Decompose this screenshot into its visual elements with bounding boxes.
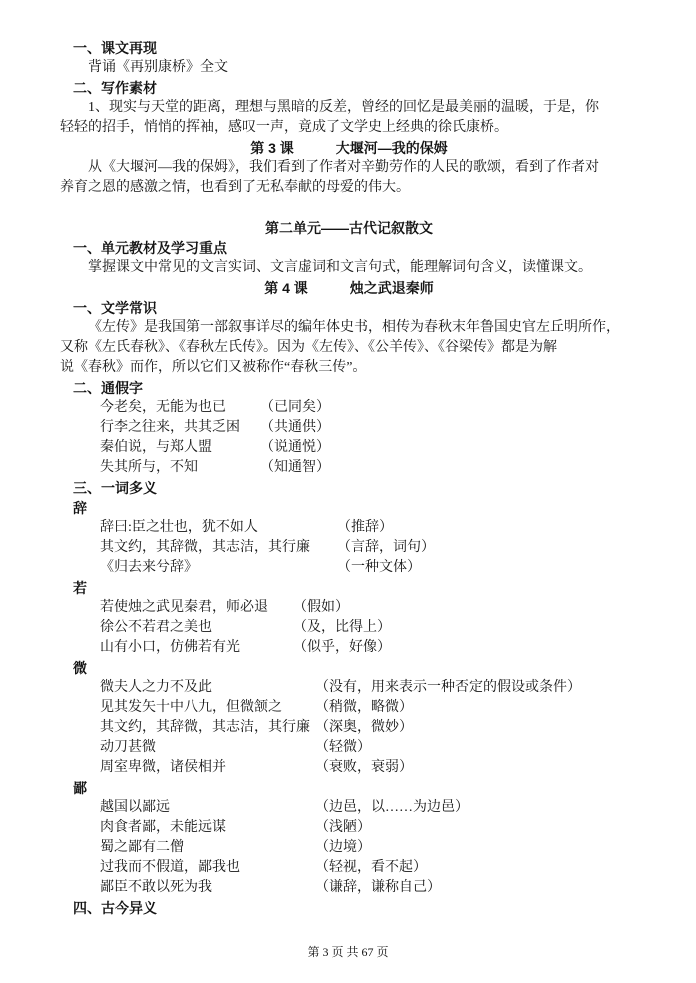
polysemy-word-bi: 鄙 — [73, 778, 638, 798]
phrase: 山有小口，仿佛若有光 — [100, 638, 293, 658]
phrase: 动刀甚微 — [100, 738, 315, 758]
section-title-yiciduoyi: 三、一词多义 — [73, 478, 638, 498]
tongjiazi-row: 失其所与，不知 （知通智） — [60, 458, 638, 478]
polysemy-row: 鄙臣不敢以死为我 （谦辞，谦称自己） — [60, 878, 638, 898]
polysemy-row: 若使烛之武见秦君，师必退 （假如） — [60, 598, 638, 618]
phrase: 鄙臣不敢以死为我 — [100, 878, 315, 898]
document-page: 一、课文再现 背诵《再别康桥》全文 二、写作素材 1、现实与天堂的距离，理想与黑… — [0, 0, 696, 983]
polysemy-row: 过我而不假道，鄙我也 （轻视，看不起） — [60, 858, 638, 878]
phrase: 秦伯说，与郑人盟 — [100, 438, 260, 458]
gloss: （已同矣） — [260, 398, 330, 418]
polysemy-word-ci: 辞 — [73, 498, 638, 518]
gloss: （轻视，看不起） — [315, 858, 427, 878]
polysemy-row: 肉食者鄙，未能远谋 （浅陋） — [60, 818, 638, 838]
polysemy-list-wei: 微夫人之力不及此 （没有，用来表示一种否定的假设或条件） 见其发矢十中八九，但微… — [60, 678, 638, 778]
polysemy-row: 周室卑微，诸侯相并 （衰败，衰弱） — [60, 758, 638, 778]
tongjiazi-row: 今老矣，无能为也已 （已同矣） — [60, 398, 638, 418]
gloss: （共通供） — [260, 418, 330, 438]
phrase: 过我而不假道，鄙我也 — [100, 858, 315, 878]
lesson3-number: 第 3 课 — [250, 138, 294, 158]
gloss: （推辞） — [337, 518, 393, 538]
lesson4-heading: 第 4 课 烛之武退秦师 — [60, 278, 638, 298]
gloss: （边境） — [315, 838, 371, 858]
phrase: 周室卑微，诸侯相并 — [100, 758, 315, 778]
tongjiazi-row: 行李之往来，共其乏困 （共通供） — [60, 418, 638, 438]
polysemy-row: 越国以鄙远 （边邑，以……为边邑） — [60, 798, 638, 818]
literary-line-3: 说《春秋》而作，所以它们又被称作“春秋三传”。 — [60, 358, 638, 378]
gloss: （稍微，略微） — [315, 698, 413, 718]
literary-line-2: 又称《左氏春秋》、《春秋左氏传》。因为《左传》、《公羊传》、《谷梁传》都是为解 — [60, 338, 638, 358]
phrase: 辞曰:臣之壮也，犹不如人 — [100, 518, 337, 538]
section-title-gujin-yiyi: 四、古今异义 — [73, 898, 638, 918]
gloss: （及，比得上） — [293, 618, 391, 638]
gloss: （知通智） — [260, 458, 330, 478]
literary-line-1: 《左传》是我国第一部叙事详尽的编年体史书，相传为春秋末年鲁国史官左丘明所作， — [60, 318, 638, 338]
gloss: （浅陋） — [315, 818, 371, 838]
lesson3-heading: 第 3 课 大堰河—我的保姆 — [60, 138, 638, 158]
polysemy-row: 徐公不若君之美也 （及，比得上） — [60, 618, 638, 638]
gloss: （似乎，好像） — [293, 638, 391, 658]
phrase: 其文约，其辞微，其志洁，其行廉 — [100, 538, 337, 558]
section-title-tongjiazi: 二、通假字 — [73, 378, 638, 398]
polysemy-row: 动刀甚微 （轻微） — [60, 738, 638, 758]
gloss: （说通悦） — [260, 438, 330, 458]
unit-focus-line: 掌握课文中常见的文言实词、文言虚词和文言句式，能理解词句含义，读懂课文。 — [60, 258, 638, 278]
tongjiazi-list: 今老矣，无能为也已 （已同矣） 行李之往来，共其乏困 （共通供） 秦伯说，与郑人… — [60, 398, 638, 478]
polysemy-row: 山有小口，仿佛若有光 （似乎，好像） — [60, 638, 638, 658]
polysemy-row: 见其发矢十中八九，但微颔之 （稍微，略微） — [60, 698, 638, 718]
page-number: 第 3 页 共 67 页 — [0, 945, 696, 959]
polysemy-row: 其文约，其辞微，其志洁，其行廉 （深奥，微妙） — [60, 718, 638, 738]
gloss: （没有，用来表示一种否定的假设或条件） — [315, 678, 581, 698]
polysemy-row: 蜀之鄙有二僧 （边境） — [60, 838, 638, 858]
phrase: 其文约，其辞微，其志洁，其行廉 — [100, 718, 315, 738]
phrase: 《归去来兮辞》 — [100, 558, 337, 578]
gloss: （边邑，以……为边邑） — [315, 798, 469, 818]
gloss: （言辞，词句） — [337, 538, 435, 558]
phrase: 见其发矢十中八九，但微颔之 — [100, 698, 315, 718]
gloss: （深奥，微妙） — [315, 718, 413, 738]
material-line-1: 1、现实与天堂的距离，理想与黑暗的反差，曾经的回忆是最美丽的温暖，于是，你 — [60, 98, 638, 118]
phrase: 蜀之鄙有二僧 — [100, 838, 315, 858]
phrase: 今老矣，无能为也已 — [100, 398, 260, 418]
material-line-2: 轻轻的招手，悄悄的挥袖，感叹一声，竟成了文学史上经典的徐氏康桥。 — [60, 118, 638, 138]
gloss: （衰败，衰弱） — [315, 758, 413, 778]
polysemy-list-bi: 越国以鄙远 （边邑，以……为边邑） 肉食者鄙，未能远谋 （浅陋） 蜀之鄙有二僧 … — [60, 798, 638, 898]
phrase: 微夫人之力不及此 — [100, 678, 315, 698]
lesson3-line-2: 养育之恩的感激之情，也看到了无私奉献的母爱的伟大。 — [60, 178, 638, 198]
phrase: 若使烛之武见秦君，师必退 — [100, 598, 293, 618]
polysemy-row: 《归去来兮辞》 （一种文体） — [60, 558, 638, 578]
phrase: 肉食者鄙，未能远谋 — [100, 818, 315, 838]
section-title-unit-focus: 一、单元教材及学习重点 — [73, 238, 638, 258]
lesson3-title: 大堰河—我的保姆 — [336, 138, 448, 158]
phrase: 徐公不若君之美也 — [100, 618, 293, 638]
lesson4-title: 烛之武退秦师 — [350, 278, 434, 298]
polysemy-row: 其文约，其辞微，其志洁，其行廉 （言辞，词句） — [60, 538, 638, 558]
recite-line: 背诵《再别康桥》全文 — [60, 58, 638, 78]
gloss: （一种文体） — [337, 558, 421, 578]
polysemy-row: 辞曰:臣之壮也，犹不如人 （推辞） — [60, 518, 638, 538]
section-title-xiezuo-sucai: 二、写作素材 — [73, 78, 638, 98]
lesson4-number: 第 4 课 — [264, 278, 308, 298]
polysemy-row: 微夫人之力不及此 （没有，用来表示一种否定的假设或条件） — [60, 678, 638, 698]
phrase: 行李之往来，共其乏困 — [100, 418, 260, 438]
section-title-wenxue-changshi: 一、文学常识 — [73, 298, 638, 318]
polysemy-list-ci: 辞曰:臣之壮也，犹不如人 （推辞） 其文约，其辞微，其志洁，其行廉 （言辞，词句… — [60, 518, 638, 578]
phrase: 越国以鄙远 — [100, 798, 315, 818]
section-title-kewen-zaixian: 一、课文再现 — [73, 38, 638, 58]
gloss: （谦辞，谦称自己） — [315, 878, 441, 898]
tongjiazi-row: 秦伯说，与郑人盟 （说通悦） — [60, 438, 638, 458]
unit2-heading: 第二单元——古代记叙散文 — [60, 218, 638, 238]
polysemy-word-wei: 微 — [73, 658, 638, 678]
lesson3-line-1: 从《大堰河—我的保姆》，我们看到了作者对辛勤劳作的人民的歌颂，看到了作者对 — [60, 158, 638, 178]
gloss: （轻微） — [315, 738, 371, 758]
polysemy-list-ruo: 若使烛之武见秦君，师必退 （假如） 徐公不若君之美也 （及，比得上） 山有小口，… — [60, 598, 638, 658]
phrase: 失其所与，不知 — [100, 458, 260, 478]
polysemy-word-ruo: 若 — [73, 578, 638, 598]
gloss: （假如） — [293, 598, 349, 618]
